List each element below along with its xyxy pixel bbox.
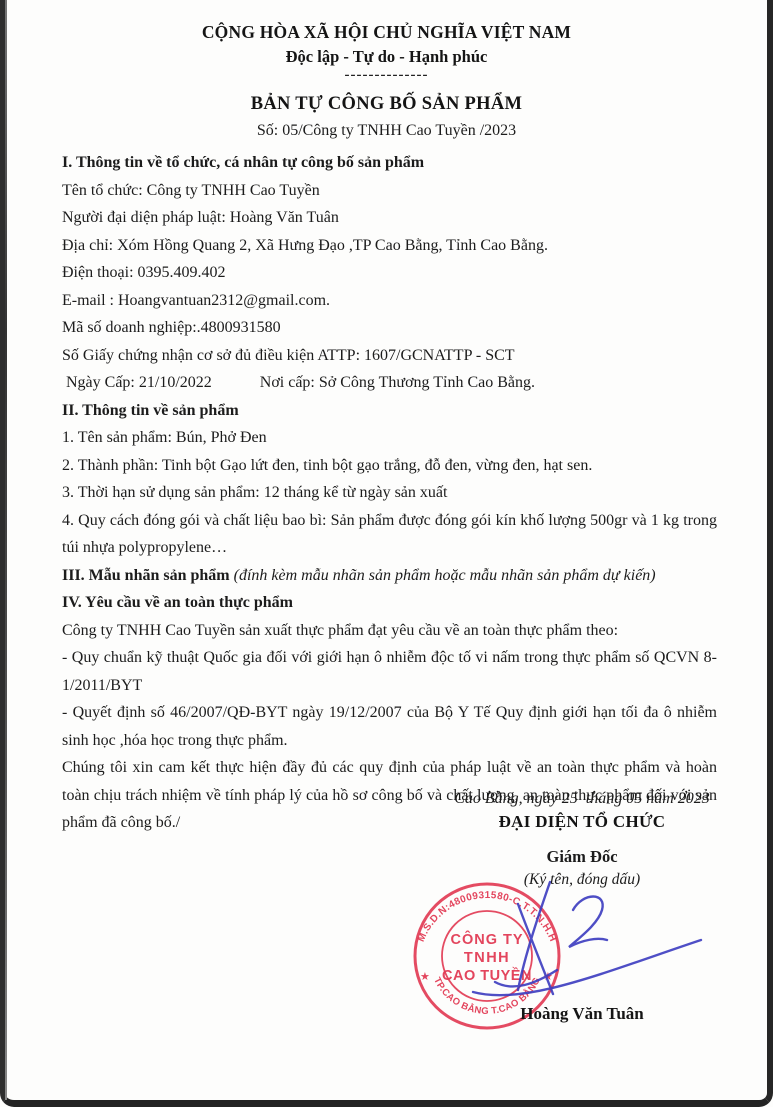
closing-block: Cao Bằng, ngày 25 tháng 05 năm 2023 ĐẠI … bbox=[438, 787, 726, 891]
signer-name: Hoàng Văn Tuân bbox=[438, 1004, 726, 1024]
paragraph-line: 2. Thành phần: Tinh bột Gạo lứt đen, tin… bbox=[62, 452, 717, 480]
motto-divider: -------------- bbox=[0, 69, 773, 82]
paragraph-line: 3. Thời hạn sử dụng sản phẩm: 12 tháng k… bbox=[62, 479, 717, 507]
paragraph-line: - Quyết định số 46/2007/QĐ-BYT ngày 19/1… bbox=[62, 699, 717, 754]
paragraph-line: III. Mẫu nhãn sản phẩm (đính kèm mẫu nhã… bbox=[62, 562, 717, 590]
text-run: 3. Thời hạn sử dụng sản phẩm: 12 tháng k… bbox=[62, 484, 447, 501]
text-run: III. Mẫu nhãn sản phẩm bbox=[62, 567, 234, 584]
text-run: 4. Quy cách đóng gói và chất liệu bao bì… bbox=[62, 512, 721, 557]
national-motto: Độc lập - Tự do - Hạnh phúc bbox=[0, 45, 773, 69]
text-run: Tên tổ chức: Công ty TNHH Cao Tuyền bbox=[62, 182, 320, 199]
text-run: (đính kèm mẫu nhãn sản phẩm hoặc mẫu nhã… bbox=[234, 567, 656, 584]
paragraph-line: 4. Quy cách đóng gói và chất liệu bao bì… bbox=[62, 507, 717, 562]
text-run: Số Giấy chứng nhận cơ sở đủ điều kiện AT… bbox=[62, 347, 515, 364]
stamp-star-left-icon: ★ bbox=[420, 971, 430, 983]
paragraph-line: I. Thông tin về tổ chức, cá nhân tự công… bbox=[62, 149, 717, 177]
paragraph-line: II. Thông tin về sản phẩm bbox=[62, 397, 717, 425]
signer-position: Giám Đốc bbox=[438, 845, 726, 868]
paragraph-line: Địa chỉ: Xóm Hồng Quang 2, Xã Hưng Đạo ,… bbox=[62, 232, 717, 260]
paragraph-line: 1. Tên sản phẩm: Bún, Phở Đen bbox=[62, 424, 717, 452]
text-run: Ngày Cấp: 21/10/2022 Nơi cấp: Sở Công Th… bbox=[62, 374, 535, 391]
place-date-line: Cao Bằng, ngày 25 tháng 05 năm 2023 bbox=[438, 787, 726, 810]
sign-instruction: (Ký tên, đóng dấu) bbox=[438, 868, 726, 891]
text-run: Điện thoại: 0395.409.402 bbox=[62, 264, 226, 281]
text-run: Mã số doanh nghiệp:.4800931580 bbox=[62, 319, 281, 336]
text-run: II. Thông tin về sản phẩm bbox=[62, 402, 239, 419]
paragraph-line: Mã số doanh nghiệp:.4800931580 bbox=[62, 314, 717, 342]
document-title: BẢN TỰ CÔNG BỐ SẢN PHẨM bbox=[0, 91, 773, 118]
text-run: 2. Thành phần: Tinh bột Gạo lứt đen, tin… bbox=[62, 457, 592, 474]
document-number: Số: 05/Công ty TNHH Cao Tuyền /2023 bbox=[0, 118, 773, 143]
paragraph-line: Công ty TNHH Cao Tuyền sản xuất thực phẩ… bbox=[62, 617, 717, 645]
representative-title: ĐẠI DIỆN TỔ CHỨC bbox=[438, 810, 726, 834]
paragraph-line: Điện thoại: 0395.409.402 bbox=[62, 259, 717, 287]
paragraph-line: Ngày Cấp: 21/10/2022 Nơi cấp: Sở Công Th… bbox=[62, 369, 717, 397]
document-body: I. Thông tin về tổ chức, cá nhân tự công… bbox=[0, 143, 773, 837]
text-run: E-mail : Hoangvantuan2312@gmail.com. bbox=[62, 292, 330, 309]
paragraph-line: Số Giấy chứng nhận cơ sở đủ điều kiện AT… bbox=[62, 342, 717, 370]
text-run: - Quyết định số 46/2007/QĐ-BYT ngày 19/1… bbox=[62, 704, 721, 749]
paragraph-line: - Quy chuẩn kỹ thuật Quốc gia đối với gi… bbox=[62, 644, 717, 699]
text-run: Người đại diện pháp luật: Hoàng Văn Tuân bbox=[62, 209, 339, 226]
paragraph-line: Tên tổ chức: Công ty TNHH Cao Tuyền bbox=[62, 177, 717, 205]
document-header: CỘNG HÒA XÃ HỘI CHỦ NGHĨA VIỆT NAM Độc l… bbox=[0, 0, 773, 143]
paragraph-line: Người đại diện pháp luật: Hoàng Văn Tuân bbox=[62, 204, 717, 232]
national-title: CỘNG HÒA XÃ HỘI CHỦ NGHĨA VIỆT NAM bbox=[0, 20, 773, 45]
text-run: Công ty TNHH Cao Tuyền sản xuất thực phẩ… bbox=[62, 622, 618, 639]
text-run: Địa chỉ: Xóm Hồng Quang 2, Xã Hưng Đạo ,… bbox=[62, 237, 548, 254]
paragraph-line: IV. Yêu cầu về an toàn thực phẩm bbox=[62, 589, 717, 617]
text-run: 1. Tên sản phẩm: Bún, Phở Đen bbox=[62, 429, 267, 446]
text-run: IV. Yêu cầu về an toàn thực phẩm bbox=[62, 594, 293, 611]
document-page: CỘNG HÒA XÃ HỘI CHỦ NGHĨA VIỆT NAM Độc l… bbox=[0, 0, 773, 1107]
paragraph-line: E-mail : Hoangvantuan2312@gmail.com. bbox=[62, 287, 717, 315]
text-run: - Quy chuẩn kỹ thuật Quốc gia đối với gi… bbox=[62, 649, 717, 694]
text-run: I. Thông tin về tổ chức, cá nhân tự công… bbox=[62, 154, 424, 171]
